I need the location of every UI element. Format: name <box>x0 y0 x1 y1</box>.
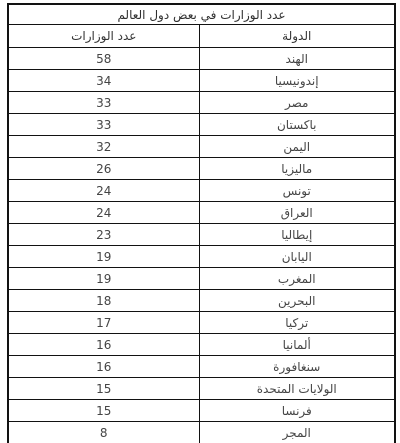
country-cell: اليمن <box>199 136 395 158</box>
ministries-count-cell: 33 <box>8 114 199 136</box>
ministries-count-cell: 18 <box>8 290 199 312</box>
table-row: ألمانيا16 <box>8 334 395 356</box>
country-cell: تركيا <box>199 312 395 334</box>
country-cell: ألمانيا <box>199 334 395 356</box>
ministries-count-cell: 58 <box>8 48 199 70</box>
country-cell: اليابان <box>199 246 395 268</box>
table-row: إيطاليا23 <box>8 224 395 246</box>
country-cell: البحرين <box>199 290 395 312</box>
ministries-count-cell: 24 <box>8 180 199 202</box>
ministries-count-cell: 34 <box>8 70 199 92</box>
table-row: باكستان33 <box>8 114 395 136</box>
country-cell: فرنسا <box>199 400 395 422</box>
table-body: الهند58إندونيسيا34مصر33باكستان33اليمن32م… <box>8 48 395 443</box>
table-row: فرنسا15 <box>8 400 395 422</box>
table-row: سنغافورة16 <box>8 356 395 378</box>
table-row: تركيا17 <box>8 312 395 334</box>
ministries-count-cell: 32 <box>8 136 199 158</box>
ministries-count-cell: 16 <box>8 334 199 356</box>
ministries-count-cell: 24 <box>8 202 199 224</box>
table-row: اليمن32 <box>8 136 395 158</box>
table-title: عدد الوزارات في بعض دول العالم <box>8 4 395 25</box>
ministries-column-header: عدد الوزارات <box>8 25 199 48</box>
table-row: الولايات المتحدة15 <box>8 378 395 400</box>
country-cell: إيطاليا <box>199 224 395 246</box>
country-cell: الولايات المتحدة <box>199 378 395 400</box>
table-row: البحرين18 <box>8 290 395 312</box>
country-cell: الهند <box>199 48 395 70</box>
country-cell: ماليزيا <box>199 158 395 180</box>
ministries-count-cell: 17 <box>8 312 199 334</box>
table-row: المجر8 <box>8 422 395 443</box>
ministries-count-cell: 19 <box>8 268 199 290</box>
country-cell: تونس <box>199 180 395 202</box>
ministries-table: عدد الوزارات في بعض دول العالم الدولة عد… <box>7 3 396 443</box>
ministries-count-cell: 15 <box>8 378 199 400</box>
ministries-count-cell: 26 <box>8 158 199 180</box>
country-cell: العراق <box>199 202 395 224</box>
table-row: تونس24 <box>8 180 395 202</box>
table-title-row: عدد الوزارات في بعض دول العالم <box>8 4 395 25</box>
country-cell: باكستان <box>199 114 395 136</box>
country-cell: إندونيسيا <box>199 70 395 92</box>
country-cell: مصر <box>199 92 395 114</box>
page: { "table": { "title": "عدد الوزارات في ب… <box>0 0 400 443</box>
ministries-count-cell: 16 <box>8 356 199 378</box>
ministries-count-cell: 33 <box>8 92 199 114</box>
ministries-count-cell: 15 <box>8 400 199 422</box>
country-cell: المغرب <box>199 268 395 290</box>
country-cell: المجر <box>199 422 395 443</box>
ministries-count-cell: 23 <box>8 224 199 246</box>
table-header-row: الدولة عدد الوزارات <box>8 25 395 48</box>
table-row: العراق24 <box>8 202 395 224</box>
table-row: إندونيسيا34 <box>8 70 395 92</box>
table-row: مصر33 <box>8 92 395 114</box>
country-cell: سنغافورة <box>199 356 395 378</box>
table-row: ماليزيا26 <box>8 158 395 180</box>
ministries-count-cell: 19 <box>8 246 199 268</box>
ministries-count-cell: 8 <box>8 422 199 443</box>
table-row: المغرب19 <box>8 268 395 290</box>
country-column-header: الدولة <box>199 25 395 48</box>
table-row: اليابان19 <box>8 246 395 268</box>
table-row: الهند58 <box>8 48 395 70</box>
